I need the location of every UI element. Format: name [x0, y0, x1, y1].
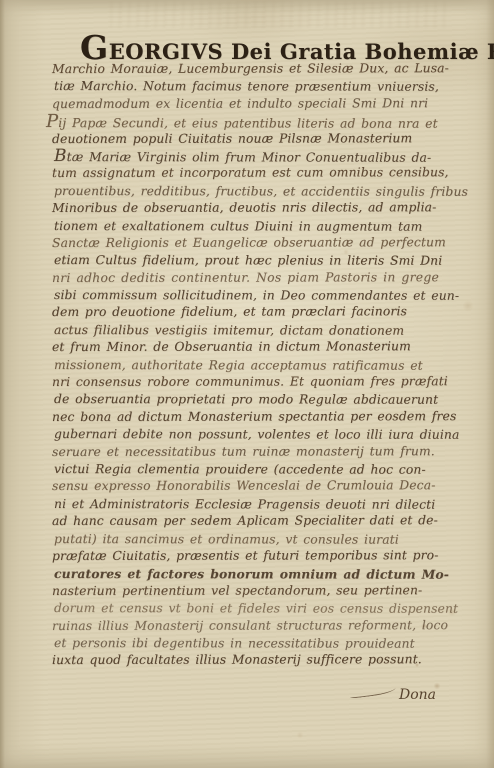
manuscript-line: Pij Papæ Secundi, et eius patentibus lit…	[46, 113, 474, 131]
manuscript-line: sensu expresso Honorabilis Wenceslai de …	[52, 477, 472, 495]
manuscript-line: ni et Administratoris Ecclesiæ Pragensis…	[54, 496, 474, 514]
manuscript-line: ruinas illius Monasterij consulant struc…	[52, 617, 472, 635]
manuscript-line: dem pro deuotione fidelium, et tam præcl…	[52, 304, 472, 322]
manuscript-line: nri consensus robore communimus. Et quon…	[52, 373, 472, 391]
manuscript-line: etiam Cultus fidelium, prout hæc plenius…	[54, 252, 474, 270]
manuscript-line: Sanctæ Religionis et Euangelicæ obseruan…	[52, 234, 472, 252]
manuscript-line: iuxta quod facultates illius Monasterij …	[52, 651, 472, 669]
manuscript-line: tum assignatum et incorporatum est cum o…	[52, 164, 472, 182]
manuscript-page: GEORGIVS Dei Gratia Bohemiæ Rex, Marchio…	[0, 0, 494, 768]
manuscript-line: curatores et factores bonorum omnium ad …	[54, 565, 474, 583]
manuscript-line: deuotionem populi Ciuitatis nouæ Pilsnæ …	[52, 130, 472, 148]
manuscript-line: Marchio Morauiæ, Lucemburgensis et Siles…	[52, 60, 472, 78]
manuscript-line: putati) ita sancimus et ordinamus, vt co…	[54, 531, 474, 549]
manuscript-line: seruare et necessitatibus tum ruinæ mona…	[52, 443, 472, 461]
manuscript-line: nri adhoc deditis continentur. Nos piam …	[52, 269, 472, 287]
manuscript-line: præfatæ Ciuitatis, præsentis et futuri t…	[52, 547, 472, 565]
verso-showthrough	[110, 2, 450, 28]
manuscript-body: Marchio Morauiæ, Lucemburgensis et Siles…	[52, 61, 472, 670]
manuscript-line: Minoribus de obseruantia, deuotis nris d…	[52, 199, 472, 217]
manuscript-line: dorum et census vt boni et fideles viri …	[54, 600, 474, 618]
catchword-text: Dona	[399, 687, 436, 703]
manuscript-line: gubernari debite non possunt, volentes e…	[54, 426, 474, 444]
manuscript-line: missionem, authoritate Regia acceptamus …	[54, 357, 474, 375]
manuscript-line: tionem et exaltationem cultus Diuini in …	[54, 218, 474, 236]
manuscript-line: quemadmodum ex licentia et indulto speci…	[52, 95, 472, 113]
manuscript-line: tiæ Marchio. Notum facimus tenore præsen…	[54, 78, 474, 96]
manuscript-line: prouentibus, redditibus, fructibus, et a…	[54, 183, 474, 201]
manuscript-line: nasterium pertinentium vel spectandorum,…	[52, 582, 472, 600]
ink-flourish	[349, 684, 396, 699]
manuscript-line: ad hanc causam per sedem Aplicam Special…	[52, 512, 472, 530]
manuscript-line: et frum Minor. de Obseruantia in dictum …	[52, 338, 472, 356]
manuscript-line: de obseruantia proprietati pro modo Regu…	[54, 391, 474, 409]
manuscript-line: nec bona ad dictum Monasterium spectanti…	[52, 408, 472, 426]
catchword: Dona	[350, 687, 436, 703]
